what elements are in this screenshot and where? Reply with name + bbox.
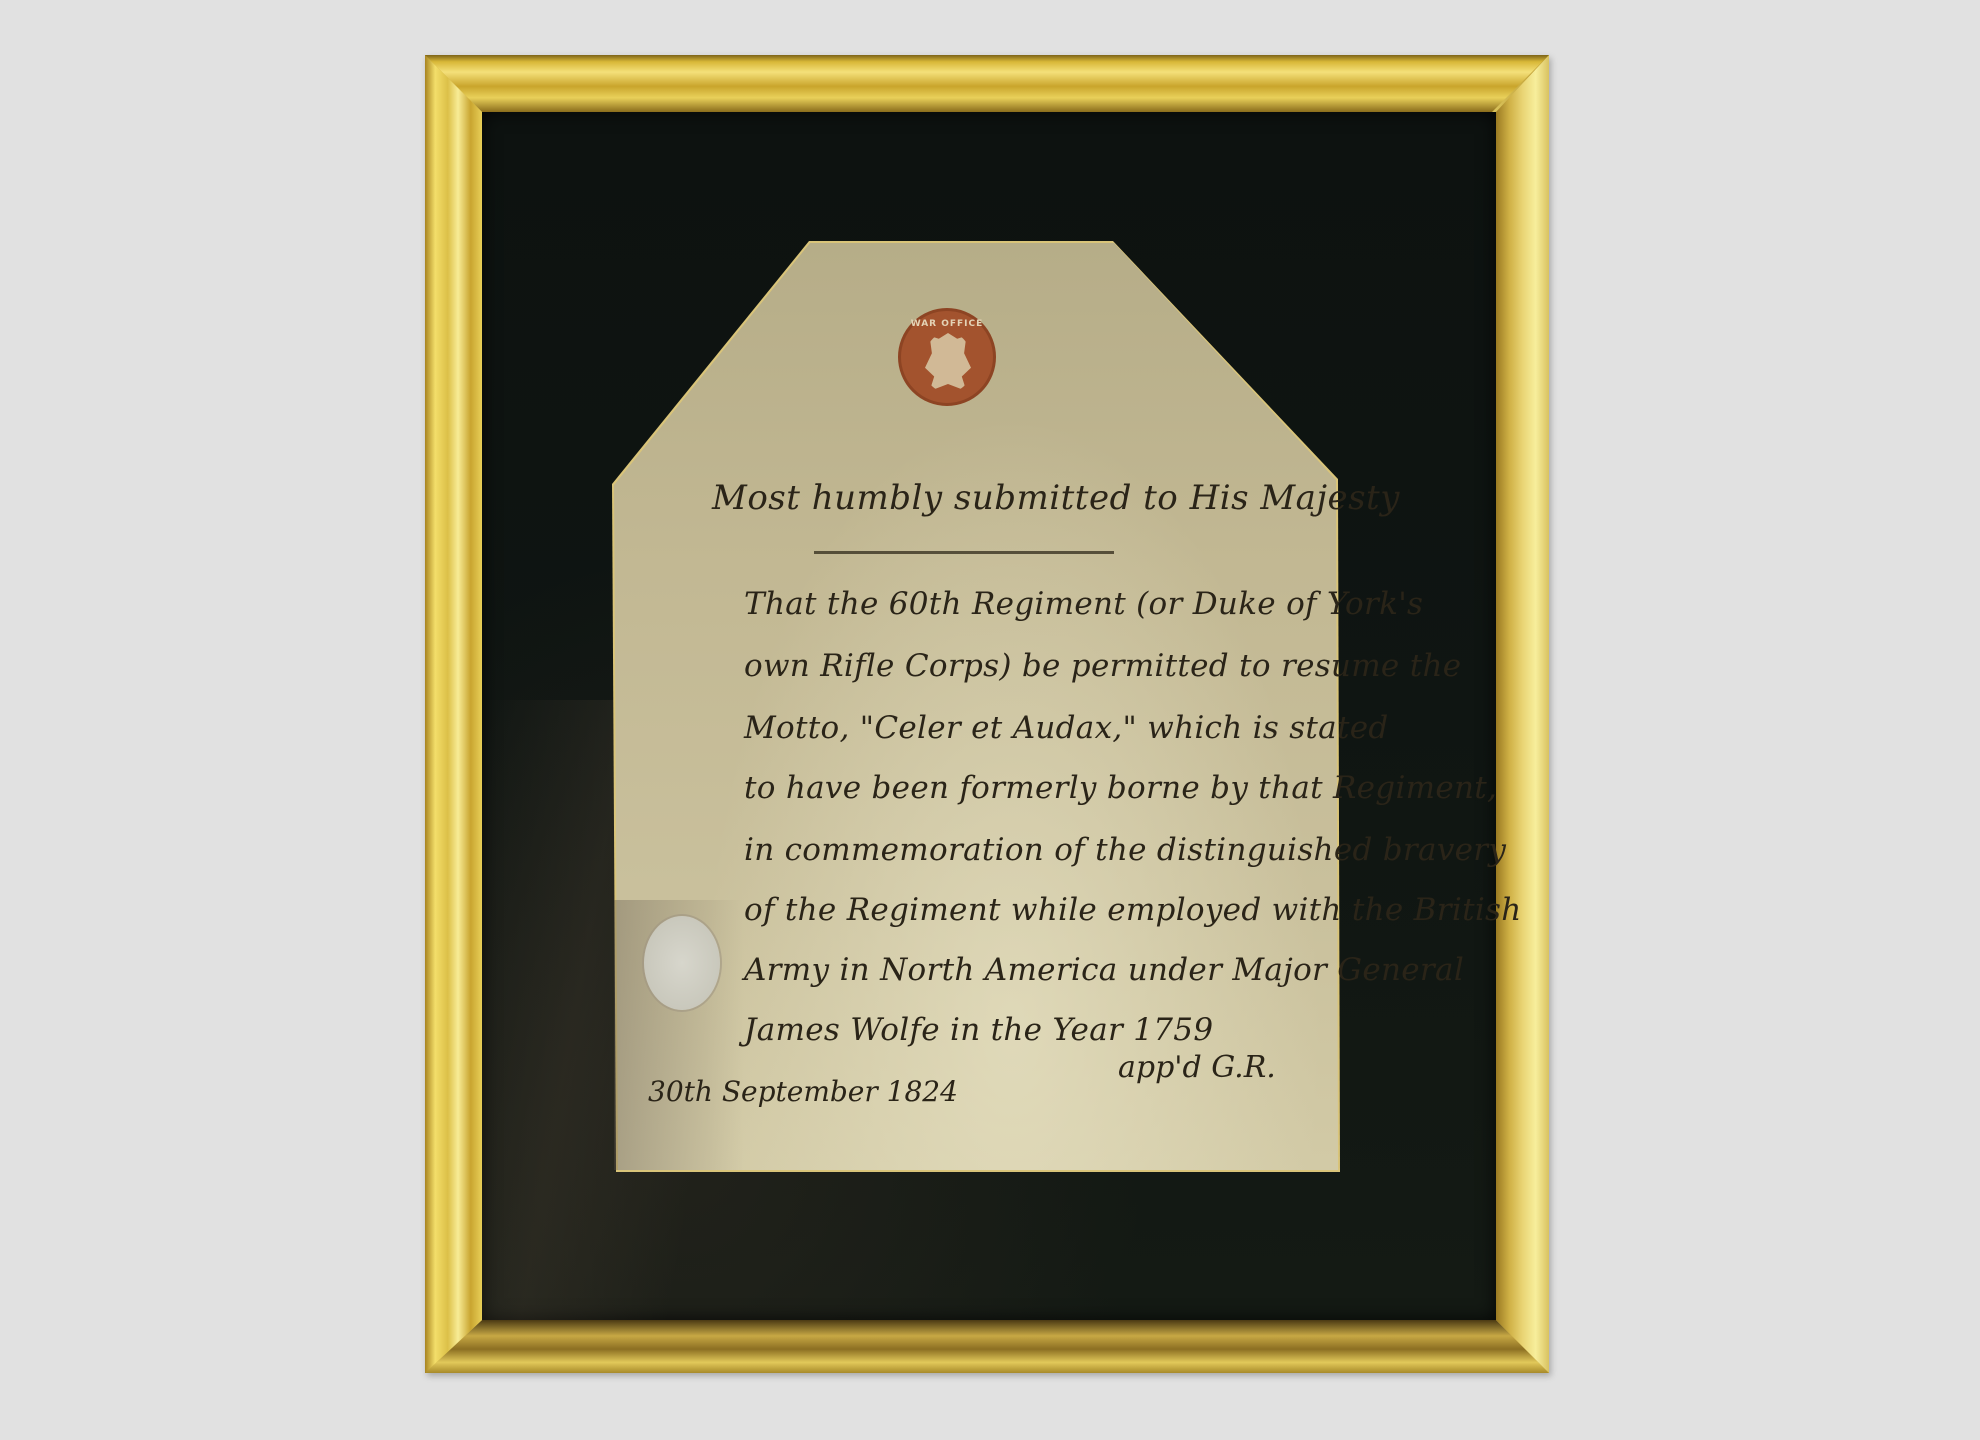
document-line: Army in North America under Major Genera…	[744, 952, 1464, 988]
document-line: James Wolfe in the Year 1759	[744, 1012, 1213, 1048]
embossed-wafer-seal-icon	[644, 916, 720, 1010]
document-line: own Rifle Corps) be permitted to resume …	[744, 648, 1461, 684]
document-heading: Most humbly submitted to His Majesty	[712, 478, 1400, 518]
heading-underline	[814, 551, 1114, 554]
frame-bottom-rail	[425, 1320, 1549, 1373]
document-line: Motto, "Celer et Audax," which is stated	[744, 710, 1389, 746]
document-line: in commemoration of the distinguished br…	[744, 832, 1506, 868]
frame-right-rail	[1496, 55, 1549, 1373]
royal-coat-of-arms-icon	[925, 333, 971, 391]
document-line: of the Regiment while employed with the …	[744, 892, 1522, 928]
document-line: That the 60th Regiment (or Duke of York'…	[744, 586, 1423, 622]
document-date: 30th September 1824	[648, 1075, 958, 1108]
document-line: to have been formerly borne by that Regi…	[744, 770, 1497, 806]
royal-approval-signature: app'd G.R.	[1118, 1050, 1276, 1085]
frame-top-rail	[425, 55, 1549, 112]
war-office-seal-icon: WAR OFFICE	[898, 308, 996, 406]
seal-label: WAR OFFICE	[901, 319, 993, 329]
frame-left-rail	[425, 55, 482, 1373]
